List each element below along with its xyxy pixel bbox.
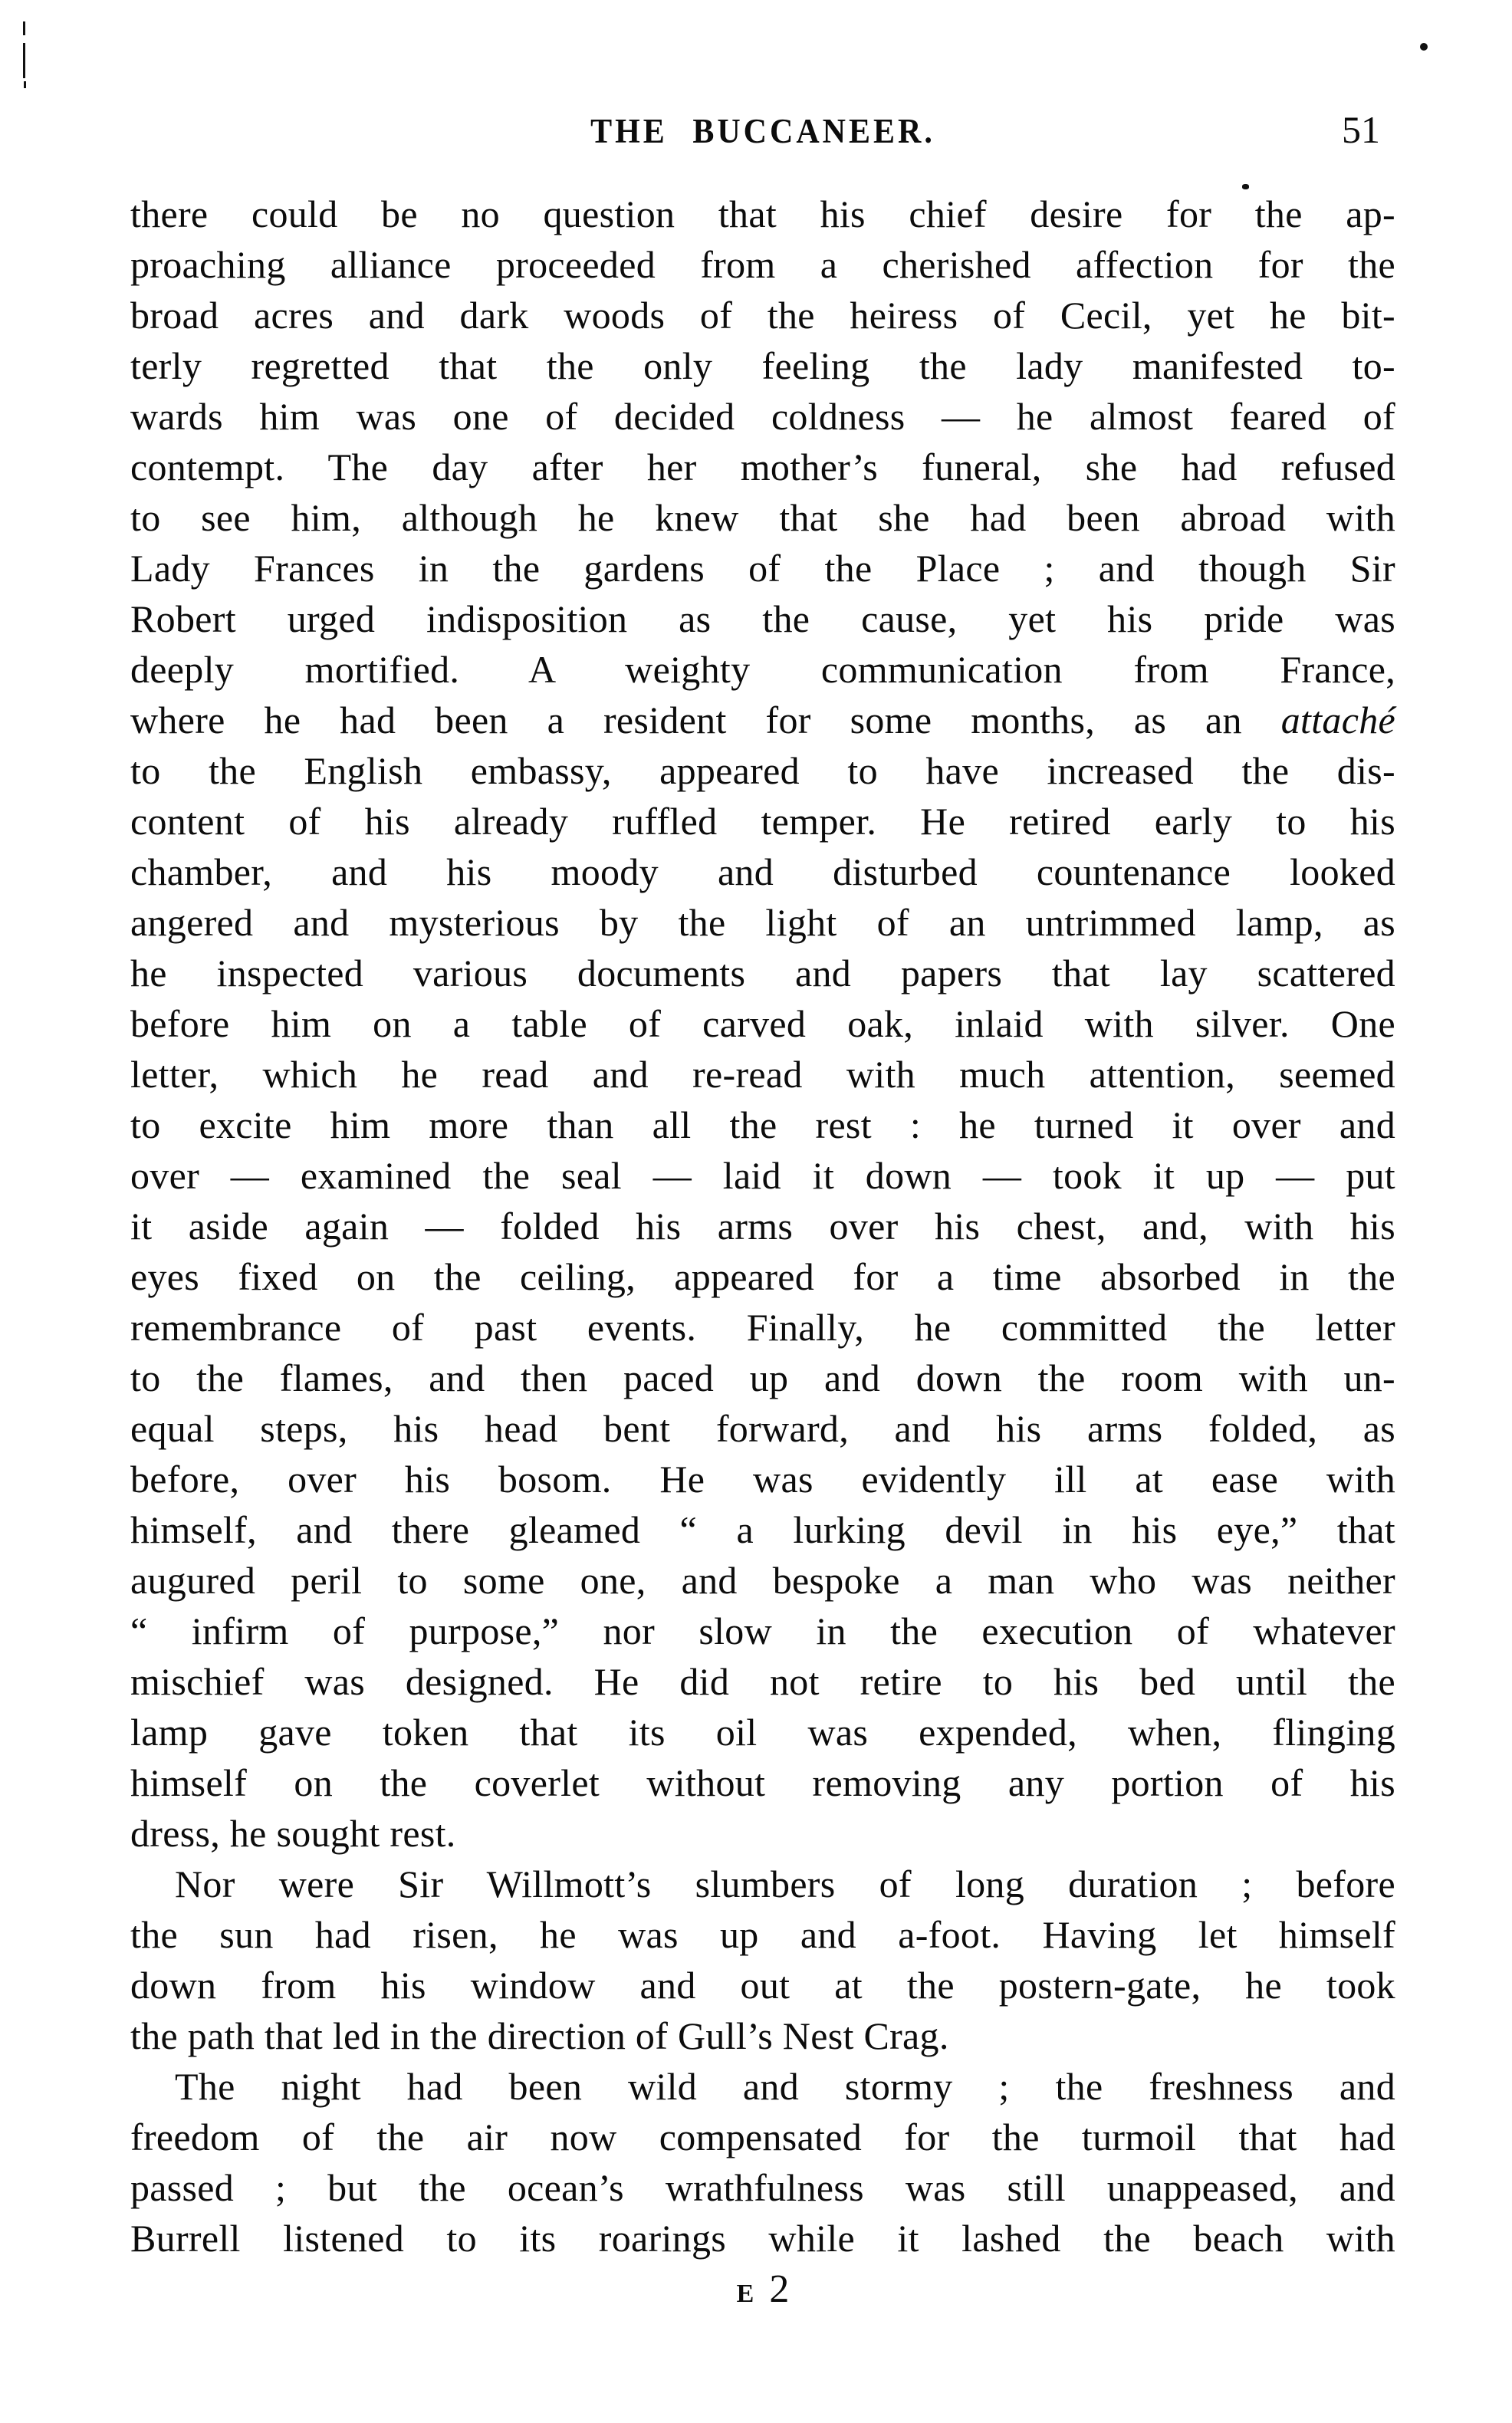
text-line: Robert urged indisposition as the cause,…	[130, 593, 1395, 644]
text-segment: where he had been a resident for some mo…	[130, 699, 1281, 741]
text-line: the sun had risen, he was up and a-foot.…	[130, 1909, 1395, 1960]
text-line: before him on a table of carved oak, inl…	[130, 998, 1395, 1049]
text-line: freedom of the air now compensated for t…	[130, 2112, 1395, 2162]
text-line: The night had been wild and stormy ; the…	[130, 2061, 1395, 2112]
text-line: there could be no question that his chie…	[130, 189, 1395, 239]
text-line: Nor were Sir Willmott’s slumbers of long…	[130, 1859, 1395, 1909]
text-line: contempt. The day after her mother’s fun…	[130, 442, 1395, 492]
scan-artifact-dash	[23, 21, 25, 35]
scan-artifact-dash	[23, 43, 25, 78]
text-line: chamber, and his moody and disturbed cou…	[130, 847, 1395, 897]
text-line: content of his already ruffled temper. H…	[130, 796, 1395, 847]
text-line: to excite him more than all the rest : h…	[130, 1100, 1395, 1150]
signature-mark: E2	[130, 2267, 1395, 2312]
signature-letter: E	[737, 2280, 756, 2308]
signature-number: 2	[769, 2267, 789, 2311]
text-line: lamp gave token that its oil was expende…	[130, 1707, 1395, 1757]
text-line: terly regretted that the only feeling th…	[130, 340, 1395, 391]
text-line: down from his window and out at the post…	[130, 1960, 1395, 2010]
text-line: angered and mysterious by the light of a…	[130, 897, 1395, 948]
text-line: equal steps, his head bent forward, and …	[130, 1403, 1395, 1454]
text-line: deeply mortified. A weighty communicatio…	[130, 644, 1395, 695]
body-text: there could be no question that his chie…	[130, 189, 1395, 2264]
text-line: over — examined the seal — laid it down …	[130, 1150, 1395, 1201]
text-line: wards him was one of decided coldness — …	[130, 391, 1395, 442]
text-line: to the flames, and then paced up and dow…	[130, 1353, 1395, 1403]
text-line: passed ; but the ocean’s wrathfulness wa…	[130, 2162, 1395, 2213]
italic-word: attaché	[1281, 699, 1395, 741]
text-line: before, over his bosom. He was evidently…	[130, 1454, 1395, 1504]
page-number: 51	[130, 107, 1380, 152]
text-line: where he had been a resident for some mo…	[130, 695, 1395, 745]
text-line: augured peril to some one, and bespoke a…	[130, 1555, 1395, 1606]
text-line: mischief was designed. He did not retire…	[130, 1656, 1395, 1707]
text-line: he inspected various documents and paper…	[130, 948, 1395, 998]
text-line: himself, and there gleamed “ a lurking d…	[130, 1504, 1395, 1555]
scan-artifact-dash	[24, 81, 26, 88]
text-line: dress, he sought rest.	[130, 1808, 1395, 1859]
text-line: to see him, although he knew that she ha…	[130, 492, 1395, 543]
text-line: broad acres and dark woods of the heires…	[130, 290, 1395, 340]
text-line: “ infirm of purpose,” nor slow in the ex…	[130, 1606, 1395, 1656]
text-line: to the English embassy, appeared to have…	[130, 745, 1395, 796]
text-line: remembrance of past events. Finally, he …	[130, 1302, 1395, 1353]
scan-artifact-dot	[1420, 43, 1428, 51]
text-line: Lady Frances in the gardens of the Place…	[130, 543, 1395, 593]
text-line: eyes fixed on the ceiling, appeared for …	[130, 1251, 1395, 1302]
text-line: the path that led in the direction of Gu…	[130, 2010, 1395, 2061]
text-line: proaching alliance proceeded from a cher…	[130, 239, 1395, 290]
book-page: THE BUCCANEER. 51 there could be no ques…	[0, 0, 1512, 2423]
text-line: it aside again — folded his arms over hi…	[130, 1201, 1395, 1251]
text-line: letter, which he read and re-read with m…	[130, 1049, 1395, 1100]
text-line: Burrell listened to its roarings while i…	[130, 2213, 1395, 2264]
text-line: himself on the coverlet without removing…	[130, 1757, 1395, 1808]
